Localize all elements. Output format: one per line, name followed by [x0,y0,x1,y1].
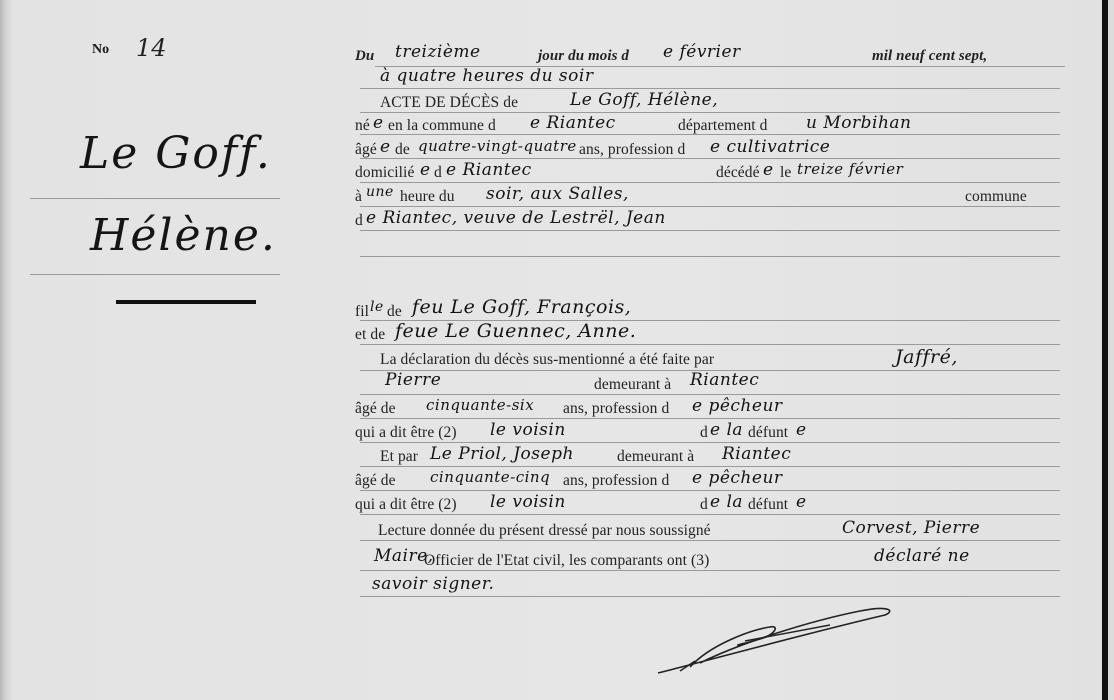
margin-rule [30,274,280,275]
line-11-hand: Pierre [385,370,441,390]
line-11-hand: Riantec [690,370,759,390]
line-13-hand: e [796,420,807,440]
line-9-hand: feue Le Guennec, Anne. [395,320,636,342]
margin-surname: Le Goff. [80,128,272,179]
line-13-printed: défunt [748,424,788,442]
line-rule [360,182,1060,183]
line-3-printed: département d [678,117,768,135]
line-16-hand: e la [710,492,743,512]
margin-rule [30,198,280,199]
line-17-hand: Corvest, Pierre [842,518,980,538]
line-rule [360,466,1060,467]
line-16-hand: e [796,492,807,512]
line-0-hand: e février [663,42,741,62]
line-7-printed: d [355,212,363,230]
line-rule [360,230,1060,231]
line-rule [360,158,1060,159]
line-15-printed: âgé de [355,472,396,490]
line-16-printed: défunt [748,496,788,514]
line-16-hand: le voisin [490,492,566,512]
line-0-printed: jour du mois d [538,48,629,65]
line-rule [360,540,1060,541]
line-rule [360,442,1060,443]
line-rule [360,596,1060,597]
margin-given-name: Hélène. [90,210,277,261]
line-8-printed: de [387,303,402,321]
line-11-printed: demeurant à [594,376,671,394]
line-6-hand: une [366,184,394,200]
line-5-printed: d [434,164,442,182]
line-1-hand: à quatre heures du soir [380,66,593,86]
line-12-printed: ans, profession d [563,400,669,418]
line-3-printed: en la commune d [388,117,496,135]
margin-separator [116,300,256,304]
line-0-printed: Du [355,48,374,65]
line-4-hand: e cultivatrice [710,137,830,157]
line-rule [360,418,1060,419]
line-6-printed: à [355,188,362,206]
line-14-printed: Et par [380,448,418,466]
line-6-printed: heure du [400,188,455,206]
line-2-hand: Le Goff, Hélène, [570,90,718,110]
line-13-hand: e la [710,420,743,440]
line-0-hand: treizième [395,42,481,62]
line-3-hand: u Morbihan [806,113,911,133]
line-8-hand: feu Le Goff, François, [412,296,631,318]
line-13-printed: qui a dit être (2) [355,424,457,442]
line-3-printed: né [355,117,370,135]
line-rule [360,344,1060,345]
record-number-label: No [92,42,109,58]
line-8-printed: fil [355,303,369,321]
line-17-printed: Lecture donnée du présent dressé par nou… [378,522,711,540]
line-5-hand: e [420,160,431,180]
line-12-printed: âgé de [355,400,396,418]
line-12-hand: e pêcheur [692,396,783,416]
line-19-hand: savoir signer. [372,574,494,594]
line-6-printed: commune [965,188,1027,206]
line-5-printed: le [780,164,791,182]
line-15-printed: ans, profession d [563,472,669,490]
line-13-printed: d [700,424,708,442]
line-4-printed: ans, profession d [579,141,685,159]
line-15-hand: cinquante-cinq [430,468,550,486]
line-rule [360,570,1060,571]
line-6-hand: soir, aux Salles, [486,184,629,204]
line-rule [360,88,1060,89]
line-18-hand: déclaré ne [874,546,970,566]
line-13-hand: le voisin [490,420,566,440]
line-5-printed: décédé [716,164,760,182]
line-10-hand: Jaffré, [895,346,958,368]
line-2-printed: ACTE DE DÉCÈS de [380,94,518,112]
line-3-hand: e Riantec [530,113,616,133]
line-rule [360,206,1060,207]
line-15-hand: e pêcheur [692,468,783,488]
line-4-hand: quatre-vingt-quatre [418,137,577,155]
page-edge [1102,0,1108,700]
line-16-printed: d [700,496,708,514]
line-rule [360,514,1060,515]
line-12-hand: cinquante-six [426,396,534,414]
line-16-printed: qui a dit être (2) [355,496,457,514]
line-5-hand: e [763,160,774,180]
line-8-hand: le [370,299,384,315]
line-9-printed: et de [355,326,385,344]
line-7-hand: e Riantec, veuve de Lestrël, Jean [366,208,666,228]
line-14-printed: demeurant à [617,448,694,466]
line-0-printed: mil neuf cent sept, [872,48,987,65]
line-rule [360,490,1060,491]
line-3-hand: e [373,113,384,133]
line-5-hand: e Riantec [446,160,532,180]
line-rule [360,256,1060,257]
line-rule [360,112,1060,113]
document-page: No 14 Le Goff. Hélène. Du treizième jour… [0,0,1108,700]
line-18-printed: Officier de l'Etat civil, les comparants… [424,552,709,570]
officer-signature-icon [650,605,900,685]
line-5-hand: treize février [797,160,903,178]
line-10-printed: La déclaration du décès sus-mentionné a … [380,351,714,369]
line-5-printed: domicilié [355,164,414,182]
line-14-hand: Le Priol, Joseph [430,444,574,464]
record-number-value: 14 [136,34,167,62]
line-14-hand: Riantec [722,444,791,464]
line-4-printed: âgé [355,141,377,159]
line-4-printed: de [395,141,410,159]
line-rule [360,394,1060,395]
line-4-hand: e [380,137,391,157]
